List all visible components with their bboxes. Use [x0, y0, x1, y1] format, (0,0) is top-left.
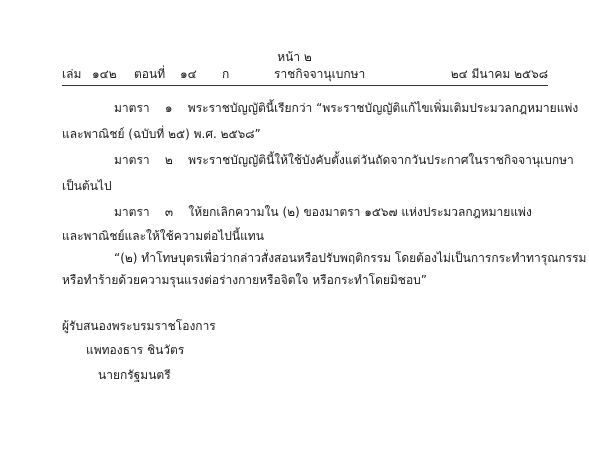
page-number: หน้า ๒ [0, 49, 589, 65]
volume-number: ๑๔๒ [92, 66, 117, 82]
signatory-title: นายกรัฐมนตรี [98, 367, 171, 383]
section-3: มาตรา ๓ ให้ยกเลิกความใน (๒) ของมาตรา ๑๕๖… [62, 204, 548, 220]
signatory-name: แพทองธาร ชินวัตร [86, 342, 184, 358]
section-number: ๑๔ [180, 66, 197, 82]
gazette-header: เล่ม ๑๔๒ ตอนที่ ๑๔ ก ราชกิจจานุเบกษา ๒๔ … [62, 66, 548, 82]
amended-text-cont: หรือทำร้ายด้วยความรุนแรงต่อร่างกายหรือจิ… [62, 272, 548, 288]
section-1-cont: และพาณิชย์ (ฉบับที่ ๒๕) พ.ศ. ๒๕๖๘” [62, 126, 548, 142]
section-number: ๓ [165, 205, 173, 219]
section-text: พระราชบัญญัตินี้ให้ใช้บังคับตั้งแต่วันถั… [188, 153, 574, 167]
section-text: ให้ยกเลิกความใน (๒) ของมาตรา ๑๕๖๗ แห่งปร… [188, 205, 531, 219]
header-rule [62, 85, 548, 86]
section-2: มาตรา ๒ พระราชบัญญัตินี้ให้ใช้บังคับตั้ง… [62, 152, 548, 168]
volume-label: เล่ม [62, 66, 81, 82]
section-number: ๑ [165, 101, 173, 115]
section-label: มาตรา [114, 205, 150, 219]
section-2-cont: เป็นต้นไป [62, 178, 548, 194]
amended-text: “(๒) ทำโทษบุตรเพื่อว่ากล่าวสั่งสอนหรือปร… [62, 250, 548, 266]
section-text: พระราชบัญญัตินี้เรียกว่า “พระราชบัญญัติแ… [188, 101, 578, 115]
publication-date: ๒๔ มีนาคม ๒๕๖๘ [451, 66, 548, 82]
section-suffix: ก [222, 66, 229, 82]
section-label: มาตรา [114, 101, 150, 115]
section-3-cont: และพาณิชย์และให้ใช้ความต่อไปนี้แทน [62, 228, 548, 244]
countersign-label: ผู้รับสนองพระบรมราชโองการ [62, 318, 216, 334]
section-1: มาตรา ๑ พระราชบัญญัตินี้เรียกว่า “พระราช… [62, 100, 548, 116]
section-label: มาตรา [114, 153, 150, 167]
section-number: ๒ [165, 153, 173, 167]
section-label: ตอนที่ [134, 66, 165, 82]
gazette-name: ราชกิจจานุเบกษา [274, 66, 365, 82]
